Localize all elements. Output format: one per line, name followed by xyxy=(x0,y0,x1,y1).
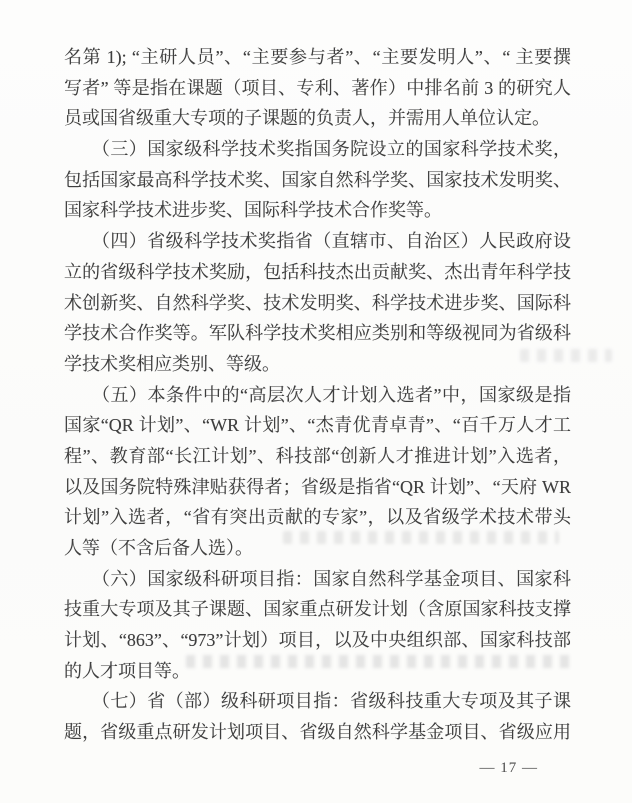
bleedthrough-artifact xyxy=(186,655,572,668)
text-line: 包括国家最高科学技术奖、国家自然科学奖、国家技术发明奖、 xyxy=(64,165,571,196)
text-line: （四）省级科学技术奖指省（直辖市、自治区）人民政府设 xyxy=(64,226,571,257)
text-line: （七）省（部）级科研项目指：省级科技重大专项及其子课 xyxy=(64,686,571,717)
text-line: 写者” 等是指在课题（项目、专利、著作）中排名前 3 的研究人 xyxy=(64,73,571,104)
page-number: — 17 — xyxy=(480,760,539,777)
text-line: 计划、“863”、“973”计划）项目，以及中央组织部、国家科技部 xyxy=(64,625,571,656)
text-line: 计划”入选者，“省有突出贡献的专家”，以及省级学术技术带头 xyxy=(64,502,571,533)
text-line: 立的省级科学技术奖励，包括科技杰出贡献奖、杰出青年科学技 xyxy=(64,257,571,288)
text-line: 学技术合作奖等。军队科学技术奖相应类别和等级视同为省级科 xyxy=(64,318,571,349)
text-line: （六）国家级科研项目指：国家自然科学基金项目、国家科 xyxy=(64,564,571,595)
document-text: 名第 1); “主研人员”、“主要参与者”、“主要发明人”、“ 主要撰 写者” … xyxy=(64,42,571,748)
bleedthrough-artifact xyxy=(520,349,612,362)
text-line: 题，省级重点研发计划项目、省级自然科学基金项目、省级应用 xyxy=(64,717,571,748)
text-line: 学技术奖相应类别、等级。 xyxy=(64,349,571,380)
text-line: 术创新奖、自然科学奖、技术发明奖、科学技术进步奖、国际科 xyxy=(64,288,571,319)
text-line: 国家“QR 计划”、“WR 计划”、“杰青优青卓青”、“百千万人才工 xyxy=(64,410,571,441)
text-line: 员或国省级重大专项的子课题的负责人，并需用人单位认定。 xyxy=(64,103,571,134)
text-line: 技重大专项及其子课题、国家重点研发计划（含原国家科技支撑 xyxy=(64,594,571,625)
text-line: 程”、教育部“长江计划”、科技部“创新人才推进计划”入选者， xyxy=(64,441,571,472)
text-line: 国家科学技术进步奖、国际科学技术合作奖等。 xyxy=(64,195,571,226)
text-line: （五）本条件中的“高层次人才计划入选者”中，国家级是指 xyxy=(64,380,571,411)
text-line: 名第 1); “主研人员”、“主要参与者”、“主要发明人”、“ 主要撰 xyxy=(64,42,571,73)
scanned-document-page: 名第 1); “主研人员”、“主要参与者”、“主要发明人”、“ 主要撰 写者” … xyxy=(0,0,632,803)
bleedthrough-artifact xyxy=(283,531,559,544)
text-line: 以及国务院特殊津贴获得者；省级是指省“QR 计划”、“天府 WR xyxy=(64,472,571,503)
text-line: （三）国家级科学技术奖指国务院设立的国家科学技术奖， xyxy=(64,134,571,165)
